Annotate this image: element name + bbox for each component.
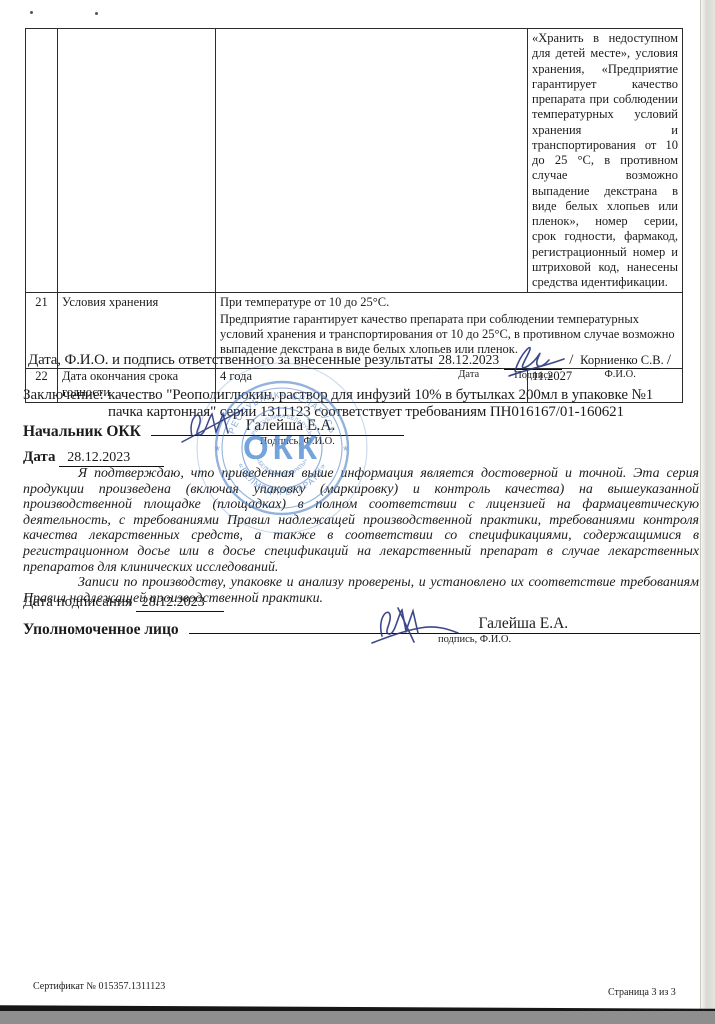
statement-paragraph-1: Я подтверждаю, что приведенная выше инфо… bbox=[23, 466, 699, 575]
signature-caption: Подпись bbox=[504, 370, 562, 381]
scan-edge-band bbox=[700, 0, 715, 1024]
name-caption: Ф.И.О. bbox=[580, 369, 660, 380]
conclusion-block: Заключение: качество "Реополиглюкин, рас… bbox=[23, 387, 653, 421]
okk-signature-line: Галейша Е.А. Подпись, Ф.И.О. bbox=[151, 419, 404, 436]
results-label: Дата, Ф.И.О. и подпись ответственного за… bbox=[28, 352, 433, 368]
scan-bottom-shadow bbox=[0, 1011, 715, 1024]
scan-speck bbox=[30, 11, 33, 14]
okk-caption: Подпись, Ф.И.О. bbox=[221, 436, 374, 447]
results-responsible-line: Дата, Ф.И.О. и подпись ответственного за… bbox=[28, 352, 674, 370]
scanned-certificate-page: «Хранить в недоступном для детей месте»,… bbox=[0, 0, 715, 1024]
storage-conditions-line2: Предприятие гарантирует качество препара… bbox=[220, 312, 678, 358]
signing-date-line: Дата подписания 28.12.2023 bbox=[23, 594, 224, 612]
authorized-caption: подпись, Ф.И.О. bbox=[389, 634, 561, 645]
results-name-field: Корниенко С.В.Ф.И.О. bbox=[580, 353, 660, 369]
row-value-cell bbox=[216, 29, 528, 293]
scan-speck bbox=[95, 12, 98, 15]
certificate-number: Сертификат № 015357.1311123 bbox=[33, 981, 165, 992]
continuation-text-cell: «Хранить в недоступном для детей месте»,… bbox=[528, 29, 683, 293]
date-value-field: 28.12.2023 bbox=[59, 450, 164, 467]
row-number-cell bbox=[26, 29, 58, 293]
signing-date-field: 28.12.2023 bbox=[136, 595, 224, 612]
date-caption: Дата bbox=[437, 369, 501, 380]
authorized-label: Уполномоченное лицо bbox=[23, 621, 179, 638]
date-line: Дата 28.12.2023 bbox=[23, 449, 164, 467]
results-signature-field: Подпись bbox=[504, 352, 562, 370]
row-name-cell bbox=[58, 29, 216, 293]
certificate-table: «Хранить в недоступном для детей месте»,… bbox=[25, 28, 683, 403]
separator: / bbox=[566, 352, 576, 369]
date-label: Дата bbox=[23, 449, 55, 465]
conclusion-line1: качество "Реополиглюкин, раствор для инф… bbox=[108, 387, 653, 404]
authorized-signature-line: Галейша Е.А. подпись, Ф.И.О. bbox=[189, 617, 701, 634]
okk-head-label: Начальник ОКК bbox=[23, 423, 141, 440]
confirmation-statement: Я подтверждаю, что приведенная выше инфо… bbox=[23, 466, 699, 606]
okk-head-name: Галейша Е.А. bbox=[246, 417, 336, 435]
authorized-name: Галейша Е.А. bbox=[479, 615, 569, 633]
conclusion-label: Заключение: bbox=[23, 387, 108, 421]
separator: / bbox=[664, 352, 674, 369]
page-number: Страница 3 из 3 bbox=[608, 987, 676, 998]
authorized-person-line: Уполномоченное лицо Галейша Е.А. подпись… bbox=[23, 617, 701, 639]
storage-conditions-line1: При температуре от 10 до 25°С. bbox=[220, 295, 678, 310]
okk-head-line: Начальник ОКК Галейша Е.А. Подпись, Ф.И.… bbox=[23, 419, 404, 441]
svg-text:*: * bbox=[215, 443, 220, 458]
table-row: «Хранить в недоступном для детей месте»,… bbox=[26, 29, 683, 293]
signing-date-label: Дата подписания bbox=[23, 594, 132, 610]
results-date-field: 28.12.2023Дата bbox=[437, 352, 501, 369]
